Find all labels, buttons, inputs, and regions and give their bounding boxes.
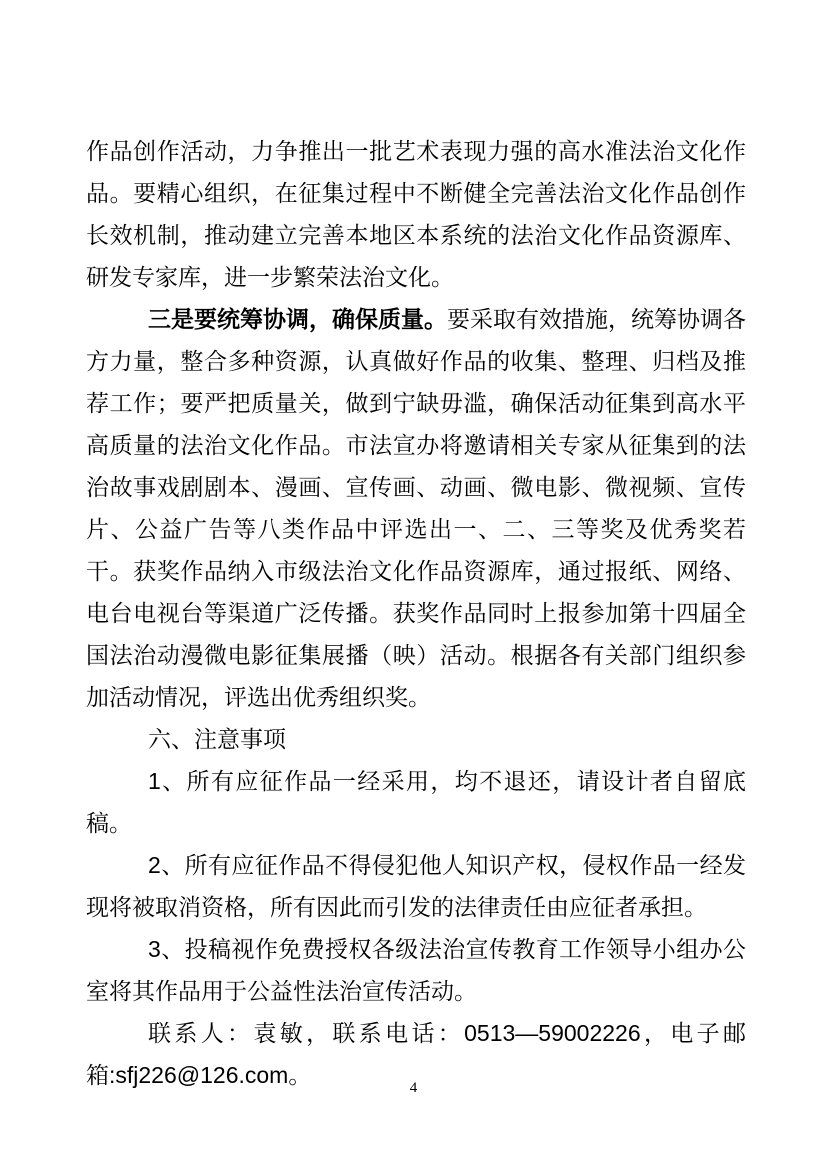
paragraph-point-three-body: 要采取有效措施，统筹协调各方力量，整合多种资源，认真做好作品的收集、整理、归档及… xyxy=(86,306,746,710)
paragraph-point-three: 三是要统筹协调，确保质量。要采取有效措施，统筹协调各方力量，整合多种资源，认真做… xyxy=(86,298,746,718)
paragraph-point-three-bold-lead: 三是要统筹协调，确保质量。 xyxy=(148,306,447,332)
section-heading-notes: 六、注意事项 xyxy=(86,718,746,760)
document-page: 作品创作活动，力争推出一批艺术表现力强的高水准法治文化作品。要精心组织，在征集过… xyxy=(0,0,827,1169)
note-item-1: 1、所有应征作品一经采用，均不退还，请设计者自留底稿。 xyxy=(86,760,746,844)
page-number: 4 xyxy=(0,1080,827,1097)
note-item-3: 3、投稿视作免费授权各级法治宣传教育工作领导小组办公室将其作品用于公益性法治宣传… xyxy=(86,928,746,1012)
paragraph-continuation: 作品创作活动，力争推出一批艺术表现力强的高水准法治文化作品。要精心组织，在征集过… xyxy=(86,130,746,298)
document-body: 作品创作活动，力争推出一批艺术表现力强的高水准法治文化作品。要精心组织，在征集过… xyxy=(86,130,746,1096)
note-item-2: 2、所有应征作品不得侵犯他人知识产权，侵权作品一经发现将被取消资格，所有因此而引… xyxy=(86,844,746,928)
